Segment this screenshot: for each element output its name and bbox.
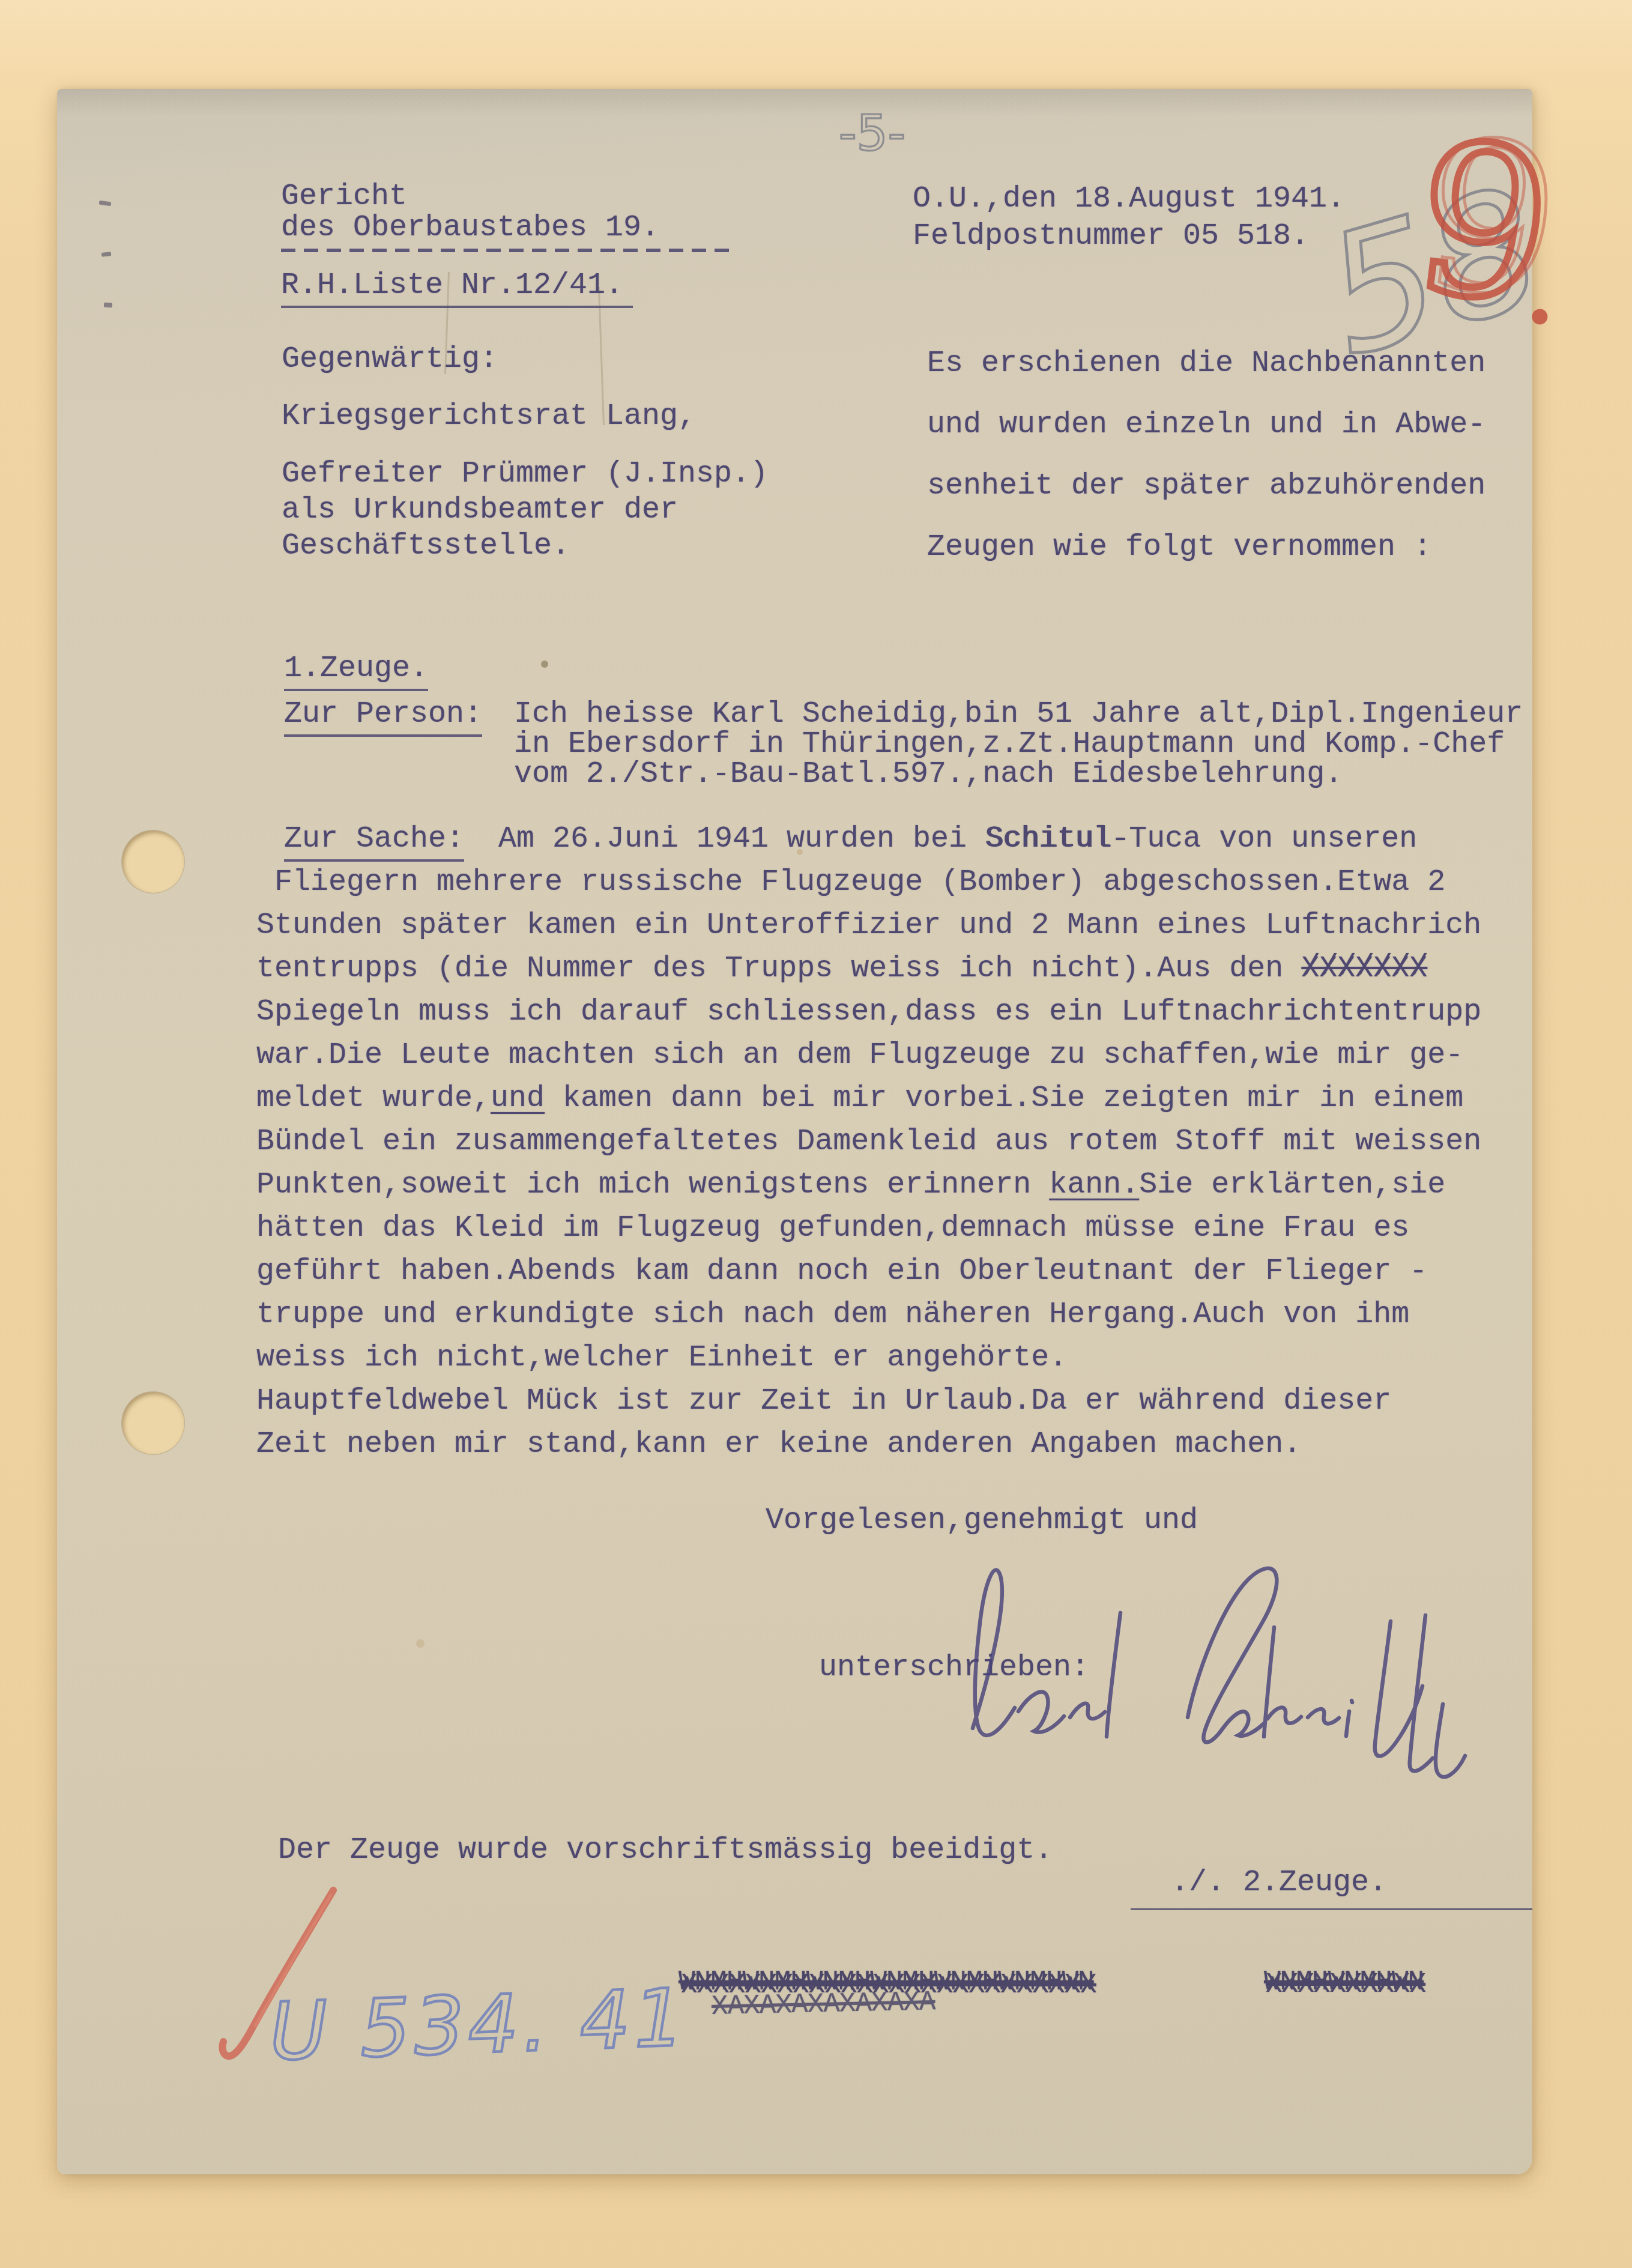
statement-line3: Stunden später kamen ein Unteroffizier u… xyxy=(256,909,1481,943)
witness-signature xyxy=(892,1524,1522,1782)
statement-line13: weiss ich nicht,welcher Einheit er angeh… xyxy=(256,1341,1067,1375)
statement-line8: Bündel ein zusammengefaltetes Damenkleid… xyxy=(256,1125,1481,1159)
oath-line: Der Zeuge wurde vorschriftsmässig beeidi… xyxy=(278,1834,1053,1867)
person-line3: vom 2./Str.-Bau-Batl.597.,nach Eidesbele… xyxy=(514,758,1343,791)
intro-line4: Zeugen wie folgt vernommen : xyxy=(927,531,1431,564)
place-date-line: O.U.,den 18.August 1941. xyxy=(913,183,1345,216)
statement-line1-a: Am 26.Juni 1941 wurden bei xyxy=(498,822,985,856)
punch-hole-bottom xyxy=(122,1392,184,1454)
statement-line12: truppe und erkundigte sich nach dem nähe… xyxy=(256,1298,1409,1332)
edge-ink-mark xyxy=(99,201,112,207)
intro-line3: senheit der später abzuhörenden xyxy=(927,470,1485,503)
person-label: Zur Person: xyxy=(284,698,482,737)
statement-line6: war.Die Leute machten sich an dem Flugze… xyxy=(256,1039,1463,1072)
court-name-line1: Gericht xyxy=(281,180,407,214)
filing-note-text: U 534. 41 xyxy=(268,1971,689,2078)
intro-line1: Es erschienen die Nachbenannten xyxy=(927,347,1485,381)
signature-stroke xyxy=(1188,1568,1339,1743)
statement-line9-a: Punkten,soweit ich mich wenigstens erinn… xyxy=(256,1168,1049,1202)
underlined-word-kann: kann. xyxy=(1049,1168,1139,1202)
paper-top-shading xyxy=(57,89,1532,116)
statement-line7-b: kamen dann bei mir vorbei.Sie zeigten mi… xyxy=(545,1081,1463,1116)
statement-line1-c: Tuca von unseren xyxy=(1129,822,1417,856)
statement-line10: hätten das Kleid im Flugzeug gefunden,de… xyxy=(256,1212,1409,1245)
statement-line2: Fliegern mehrere russische Flugzeuge (Bo… xyxy=(256,866,1445,900)
witness1-heading: 1.Zeuge. xyxy=(284,652,428,691)
case-reference: R.H.Liste Nr.12/41. xyxy=(281,269,633,308)
present-clerk: Gefreiter Prümmer (J.Insp.) xyxy=(282,458,768,491)
person-line1: Ich heisse Karl Scheidig,bin 51 Jahre al… xyxy=(514,698,1523,731)
statement-line5: Spiegeln muss ich darauf schliessen,dass… xyxy=(256,996,1481,1029)
page-number-pencil: -5- xyxy=(832,100,1000,172)
statement-line9-b: Sie erklärten,sie xyxy=(1139,1168,1445,1202)
statement-line7: meldet wurde,und kamen dann bei mir vorb… xyxy=(256,1082,1463,1116)
struck-stamp-2-over: XXXXXXXXXX xyxy=(1266,1970,1425,2000)
statement-line11: geführt haben.Abends kam dann noch ein O… xyxy=(256,1255,1427,1289)
present-label: Gegenwärtig: xyxy=(282,343,498,376)
intro-line2: und wurden einzeln und in Abwe- xyxy=(927,408,1485,442)
statement-line4: tentrupps (die Nummer des Trupps weiss i… xyxy=(256,952,1427,986)
next-witness-underline xyxy=(1131,1908,1532,1910)
overstruck-place-name: Schitul- xyxy=(985,822,1129,856)
statement-line4-a: tentrupps (die Nummer des Trupps weiss i… xyxy=(256,952,1301,986)
person-line2: in Ebersdorf in Thüringen,z.Zt.Hauptmann… xyxy=(514,728,1505,761)
page-number-pencil-text: -5- xyxy=(839,105,905,162)
foxing-spot xyxy=(416,1639,425,1648)
statement-line14: Hauptfeldwebel Mück ist zur Zeit in Urla… xyxy=(256,1385,1391,1418)
dashed-underline xyxy=(281,249,733,252)
court-name-line2: des Oberbaustabes 19. xyxy=(281,211,659,245)
paper-sheet: Gericht des Oberbaustabes 19. R.H.Liste … xyxy=(57,89,1532,2174)
signature-stroke xyxy=(973,1570,1015,1735)
edge-ink-mark xyxy=(101,252,112,257)
punch-hole-top xyxy=(122,830,184,893)
signature-stroke xyxy=(1346,1615,1465,1777)
present-judge: Kriegsgerichtsrat Lang, xyxy=(282,400,696,434)
struck-word-slashes: /////// xyxy=(1302,951,1428,984)
folio-number-red: 9 9 xyxy=(1399,107,1585,359)
foxing-spot xyxy=(541,661,548,668)
statement-line15: Zeit neben mir stand,kann er keine ander… xyxy=(256,1428,1301,1462)
filing-note-blue: U 534. 41 xyxy=(261,1962,682,2088)
fieldpost-line: Feldpostnummer 05 518. xyxy=(913,220,1309,253)
statement-line9: Punkten,soweit ich mich wenigstens erinn… xyxy=(256,1169,1445,1202)
next-witness-note: ./. 2.Zeuge. xyxy=(1171,1866,1387,1900)
struck-stamp-1-subrow: XAXAXAXAXAXAXA xyxy=(712,1987,935,2022)
scanned-document-page: Gericht des Oberbaustabes 19. R.H.Liste … xyxy=(0,0,1632,2268)
signature-stroke xyxy=(1018,1613,1120,1737)
present-clerk-role1: als Urkundsbeamter der xyxy=(282,494,678,527)
edge-ink-mark xyxy=(104,303,113,308)
statement-line7-a: meldet wurde, xyxy=(256,1081,491,1116)
present-clerk-role2: Geschäftsstelle. xyxy=(282,530,570,563)
underlined-word-und: und xyxy=(491,1081,545,1116)
sache-label: Zur Sache: xyxy=(284,823,464,862)
statement-line1: Am 26.Juni 1941 wurden bei Schitul-Tuca … xyxy=(498,823,1417,856)
struck-out-word: XXXXXXX/////// xyxy=(1301,952,1427,986)
